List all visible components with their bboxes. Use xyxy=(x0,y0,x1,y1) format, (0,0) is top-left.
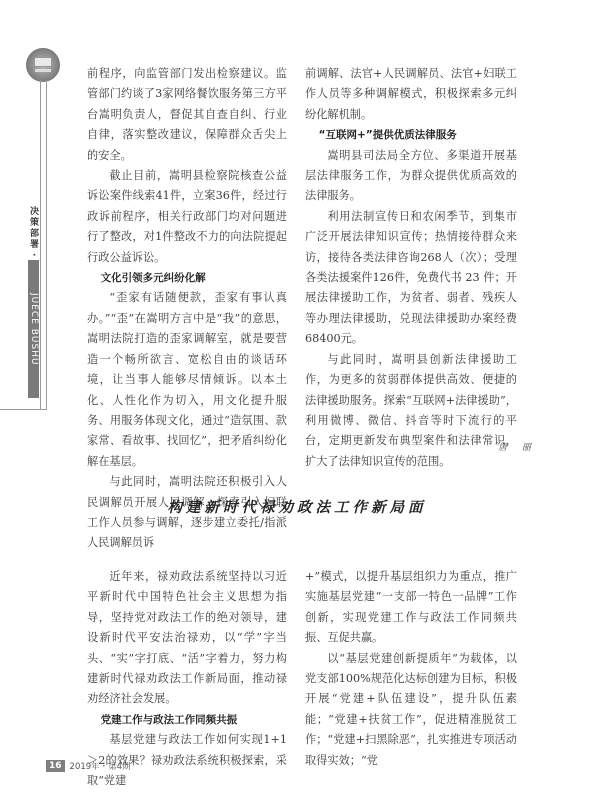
sidebar-rail-line xyxy=(40,80,41,410)
paragraph: 以“基层党建创新提质年”为载体，以党支部100%规范化达标创建为目标，积极开展“… xyxy=(305,649,517,771)
publication-logo-icon xyxy=(26,48,60,82)
section-heading: “互联网+”提供优质法律服务 xyxy=(305,125,517,145)
section-heading: 文化引领多元纠纷化解 xyxy=(87,268,287,288)
article2-column-right: +”模式，以提升基层组织力为重点，推广实施基层党建“一支部一特色一品牌”工作创新… xyxy=(305,567,517,771)
paragraph: 嵩明县司法局全方位、多渠道开展基层法律服务工作，为群众提供优质高效的法律服务。 xyxy=(305,146,517,207)
section-heading: 党建工作与政法工作同频共振 xyxy=(87,710,287,730)
paragraph: 前调解、法官+人民调解员、法官+妇联工作人员等多种调解模式，积极探索多元纠纷化解… xyxy=(305,64,517,125)
sidebar-rail-line xyxy=(46,80,47,410)
logo-band-icon xyxy=(35,69,51,72)
section-label-en: JUECE BUSHU xyxy=(28,260,39,398)
article1-column-left: 前程序，向监管部门发出检察建议。监管部门约谈了3家网络餐饮服务第三方平台嵩明负责… xyxy=(87,64,287,554)
section-label: 决策部署· xyxy=(27,206,39,261)
paragraph: 前程序，向监管部门发出检察建议。监管部门约谈了3家网络餐饮服务第三方平台嵩明负责… xyxy=(87,64,287,166)
section-separator: · xyxy=(27,253,39,258)
paragraph: 与此同时，嵩明县创新法律援助工作，为更多的贫弱群体提供高效、便捷的法律援助服务。… xyxy=(305,350,517,472)
logo-building-icon xyxy=(34,57,52,67)
article1-column-right: 前调解、法官+人民调解员、法官+妇联工作人员等多种调解模式，积极探索多元纠纷化解… xyxy=(305,64,517,472)
paragraph: 利用法制宣传日和农闲季节，到集市广泛开展法律知识宣传；热情接待群众来访，接待各类… xyxy=(305,207,517,350)
paragraph: 截止目前，嵩明县检察院核查公益诉讼案件线索41件，立案36件，经过行政诉前程序，… xyxy=(87,166,287,268)
page-footer: 16 2019年・第4期 xyxy=(46,760,131,772)
paragraph: “歪家有话随便款，歪家有事认真办。”“歪”在嵩明方言中是“我”的意思，嵩明法院打… xyxy=(87,288,287,472)
article2-column-left: 近年来，禄劝政法系统坚持以习近平新时代中国特色社会主义思想为指导，坚持党对政法工… xyxy=(87,567,287,791)
paragraph: 近年来，禄劝政法系统坚持以习近平新时代中国特色社会主义思想为指导，坚持党对政法工… xyxy=(87,567,287,710)
issue-label: 2019年・第4期 xyxy=(70,760,131,772)
section-label-cn: 决策部署 xyxy=(28,206,38,250)
sidebar-rail-foot xyxy=(0,409,47,410)
page-number: 16 xyxy=(46,760,65,772)
paragraph: +”模式，以提升基层组织力为重点，推广实施基层党建“一支部一特色一品牌”工作创新… xyxy=(305,567,517,649)
author-byline: 唐 丽 xyxy=(498,440,537,453)
article-title: 构建新时代禄劝政法工作新局面 xyxy=(0,496,594,517)
